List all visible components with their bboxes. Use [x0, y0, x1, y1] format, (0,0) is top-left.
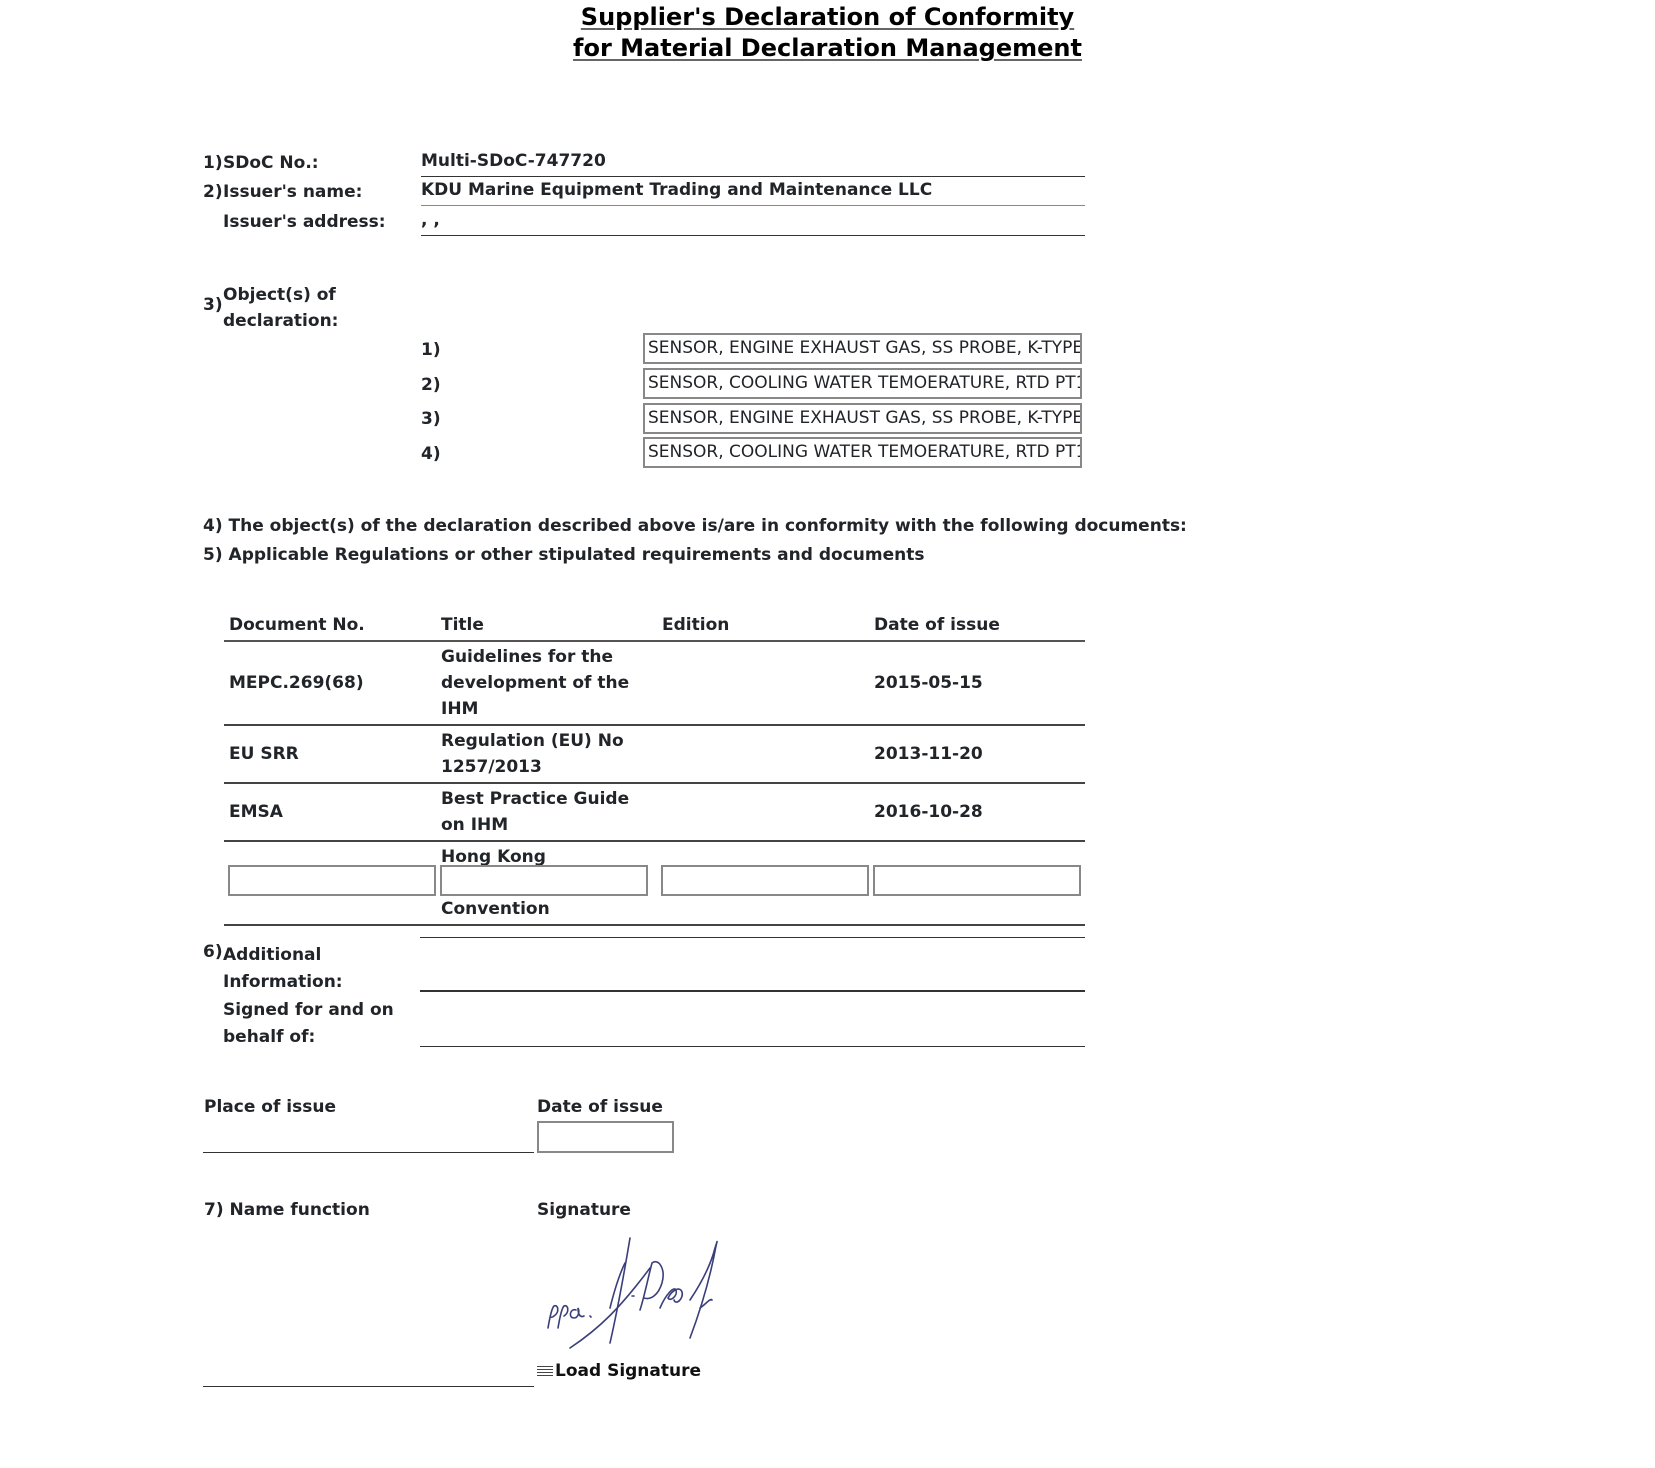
- signed-on-behalf-label-line-2: behalf of:: [223, 1027, 315, 1047]
- object-item-2-index: 2): [421, 375, 441, 395]
- cell-document-no: EU SRR: [224, 725, 436, 783]
- object-item-1-index: 1): [421, 340, 441, 360]
- table-row: MEPC.269(68) Guidelines for the developm…: [224, 641, 1085, 725]
- issuer-name-value: KDU Marine Equipment Trading and Mainten…: [421, 179, 1085, 206]
- documents-table-header: Document No. Title Edition Date of issue: [224, 610, 1085, 641]
- name-function-input[interactable]: [203, 1230, 534, 1387]
- signature-drawing: [540, 1228, 740, 1358]
- sdoc-number-index: 1): [203, 153, 223, 173]
- object-item-1-input[interactable]: SENSOR, ENGINE EXHAUST GAS, SS PROBE, K-…: [643, 333, 1082, 364]
- column-document-no: Document No.: [224, 610, 436, 641]
- objects-label-line-2: declaration:: [223, 311, 338, 331]
- new-title-input[interactable]: [440, 865, 648, 896]
- place-of-issue-input[interactable]: [203, 1120, 534, 1153]
- cell-title: Guidelines for the development of the IH…: [436, 641, 657, 725]
- column-edition: Edition: [657, 610, 869, 641]
- conformity-statement: 4) The object(s) of the declaration desc…: [203, 516, 1187, 536]
- load-signature-label: Load Signature: [555, 1361, 701, 1381]
- table-row: EU SRR Regulation (EU) No 1257/2013 2013…: [224, 725, 1085, 783]
- objects-index: 3): [203, 295, 223, 315]
- cell-date: 2016-10-28: [869, 783, 1085, 841]
- cell-date: 2015-05-15: [869, 641, 1085, 725]
- cell-edition: [657, 783, 869, 841]
- cell-title: Best Practice Guide on IHM: [436, 783, 657, 841]
- object-item-4-input[interactable]: SENSOR, COOLING WATER TEMOERATURE, RTD P…: [643, 437, 1082, 468]
- column-title: Title: [436, 610, 657, 641]
- cell-document-no: MEPC.269(68): [224, 641, 436, 725]
- title-line-1: Supplier's Declaration of Conformity: [581, 3, 1074, 31]
- additional-info-top-line: [420, 937, 1085, 938]
- sdoc-number-label: SDoC No.:: [223, 153, 319, 173]
- place-of-issue-label: Place of issue: [204, 1097, 336, 1117]
- conformity-statement-text: The object(s) of the declaration describ…: [229, 516, 1187, 536]
- column-date-of-issue: Date of issue: [869, 610, 1085, 641]
- objects-label: Object(s) of declaration:: [223, 282, 338, 334]
- title-line-2: for Material Declaration Management: [573, 34, 1082, 62]
- date-of-issue-label: Date of issue: [537, 1097, 663, 1117]
- date-of-issue-input[interactable]: [537, 1121, 674, 1153]
- page-title: Supplier's Declaration of Conformity for…: [0, 2, 1655, 64]
- signed-on-behalf-label: Signed for and on behalf of:: [223, 997, 394, 1051]
- issuer-address-value: , ,: [421, 209, 1085, 236]
- additional-info-label: Additional Information:: [223, 942, 343, 996]
- regulations-statement-index: 5): [203, 545, 223, 565]
- cell-title: Regulation (EU) No 1257/2013: [436, 725, 657, 783]
- issuer-address-label: Issuer's address:: [223, 212, 386, 232]
- new-date-input[interactable]: [873, 865, 1081, 896]
- new-edition-input[interactable]: [661, 865, 869, 896]
- conformity-statement-index: 4): [203, 516, 223, 536]
- object-item-3-index: 3): [421, 409, 441, 429]
- table-row: EMSA Best Practice Guide on IHM 2016-10-…: [224, 783, 1085, 841]
- issuer-name-label: Issuer's name:: [223, 182, 362, 202]
- additional-info-label-line-2: Information:: [223, 972, 343, 992]
- regulations-statement-text: Applicable Regulations or other stipulat…: [229, 545, 925, 565]
- additional-info-input[interactable]: [420, 942, 1085, 992]
- additional-info-label-line-1: Additional: [223, 945, 321, 965]
- load-signature-button[interactable]: Load Signature: [537, 1361, 701, 1381]
- additional-info-index: 6): [203, 942, 223, 962]
- issuer-name-index: 2): [203, 182, 223, 202]
- menu-lines-icon: [537, 1366, 553, 1376]
- cell-edition: [657, 641, 869, 725]
- signature-image: [540, 1228, 740, 1358]
- new-document-no-input[interactable]: [228, 865, 436, 896]
- cell-edition: [657, 725, 869, 783]
- sdoc-number-value: Multi-SDoC-747720: [421, 150, 1085, 177]
- cell-document-no: EMSA: [224, 783, 436, 841]
- regulations-statement: 5) Applicable Regulations or other stipu…: [203, 545, 924, 565]
- object-item-4-index: 4): [421, 444, 441, 464]
- objects-label-line-1: Object(s) of: [223, 285, 336, 305]
- signed-on-behalf-input[interactable]: [420, 997, 1085, 1047]
- name-function-label: 7) Name function: [204, 1200, 370, 1220]
- signature-label: Signature: [537, 1200, 631, 1220]
- signed-on-behalf-label-line-1: Signed for and on: [223, 1000, 394, 1020]
- cell-date: 2013-11-20: [869, 725, 1085, 783]
- object-item-2-input[interactable]: SENSOR, COOLING WATER TEMOERATURE, RTD P…: [643, 368, 1082, 399]
- object-item-3-input[interactable]: SENSOR, ENGINE EXHAUST GAS, SS PROBE, K-…: [643, 403, 1082, 434]
